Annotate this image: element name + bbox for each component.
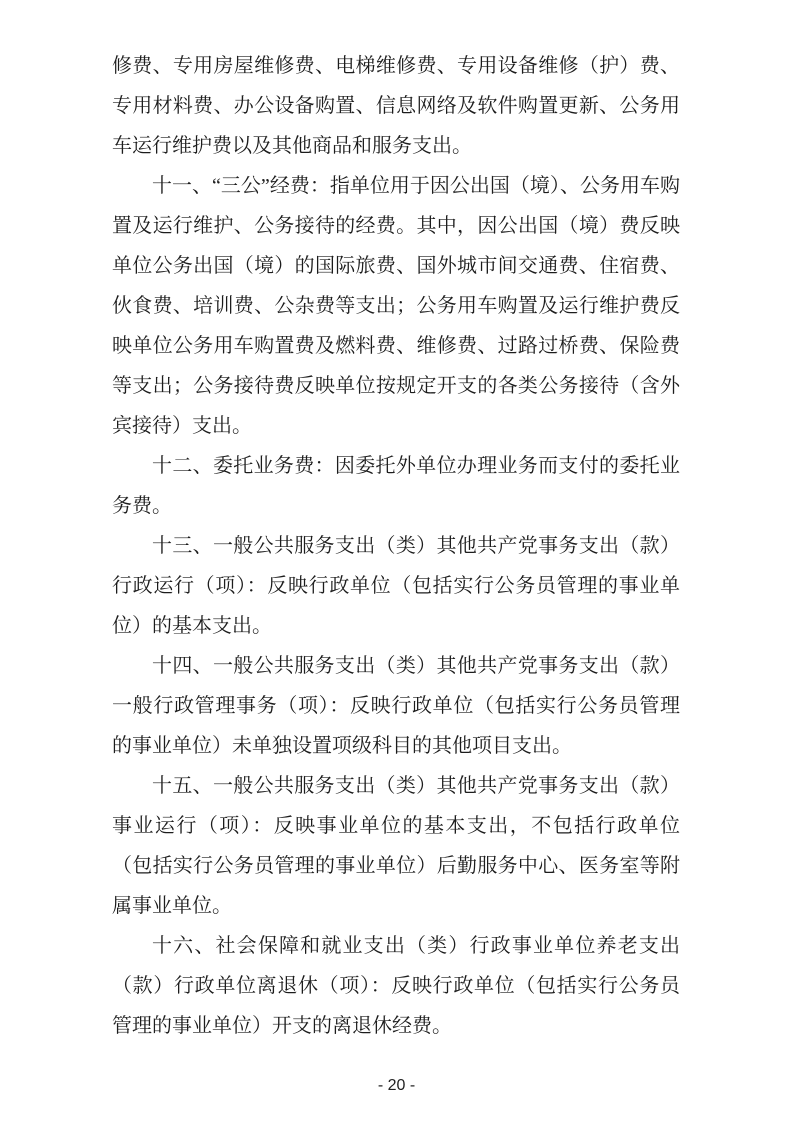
paragraph-item-13: 十三、一般公共服务支出（类）其他共产党事务支出（款）行政运行（项）：反映行政单位… xyxy=(112,526,680,646)
document-page: 修费、专用房屋维修费、电梯维修费、专用设备维修（护）费、专用材料费、办公设备购置… xyxy=(0,0,793,1122)
document-body: 修费、专用房屋维修费、电梯维修费、专用设备维修（护）费、专用材料费、办公设备购置… xyxy=(112,46,680,1046)
paragraph-item-15: 十五、一般公共服务支出（类）其他共产党事务支出（款）事业运行（项）：反映事业单位… xyxy=(112,766,680,926)
paragraph-item-12: 十二、委托业务费：因委托外单位办理业务而支付的委托业务费。 xyxy=(112,446,680,526)
paragraph-item-16: 十六、社会保障和就业支出（类）行政事业单位养老支出（款）行政单位离退休（项）：反… xyxy=(112,926,680,1046)
paragraph-item-14: 十四、一般公共服务支出（类）其他共产党事务支出（款）一般行政管理事务（项）：反映… xyxy=(112,646,680,766)
page-number: - 20 - xyxy=(0,1076,793,1096)
paragraph-item-11: 十一、“三公”经费：指单位用于因公出国（境）、公务用车购置及运行维护、公务接待的… xyxy=(112,166,680,446)
paragraph-continued: 修费、专用房屋维修费、电梯维修费、专用设备维修（护）费、专用材料费、办公设备购置… xyxy=(112,46,680,166)
